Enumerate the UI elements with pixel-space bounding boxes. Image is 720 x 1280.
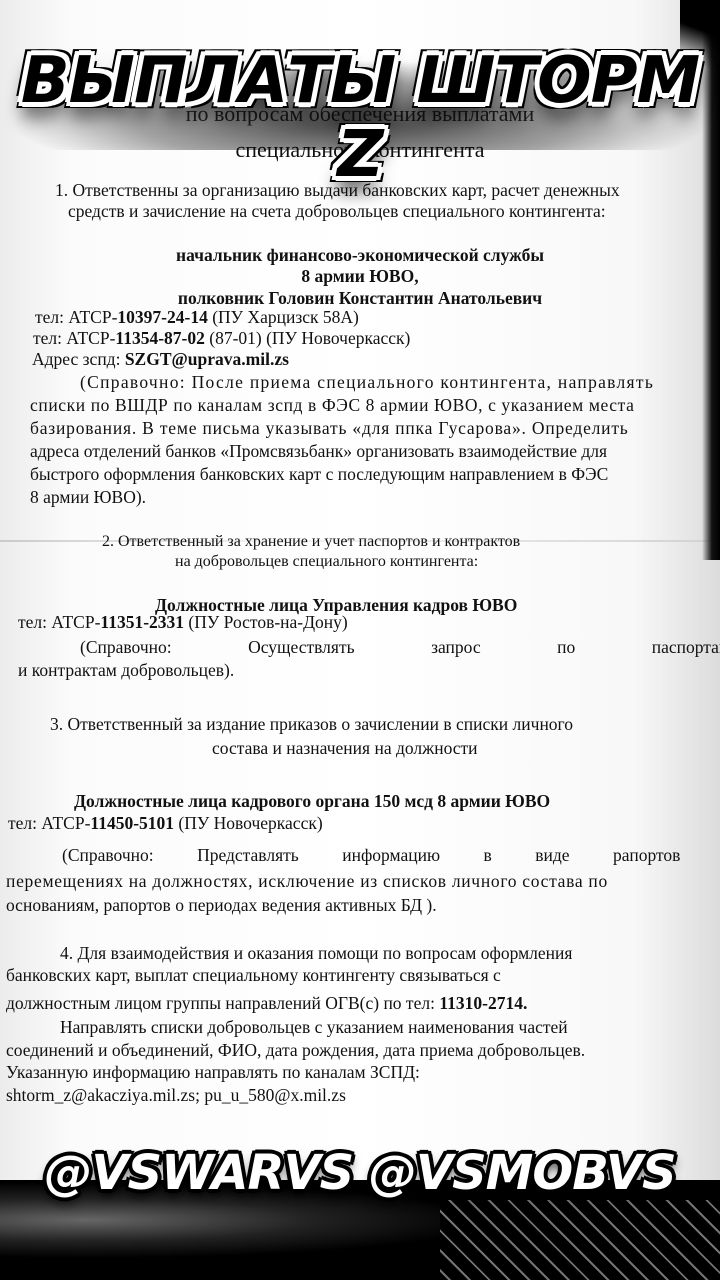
section4-line: Указанную информацию направлять по канал… — [6, 1062, 420, 1082]
phone-label: тел: АТСР- — [8, 813, 90, 833]
section3-note-line2: перемещениях на должностях, исключение и… — [6, 871, 608, 891]
section4-line: 4. Для взаимодействия и оказания помощи … — [60, 943, 572, 963]
phone-number: 10397-24-14 — [117, 307, 207, 327]
section1-official-unit: 8 армии ЮВО, — [0, 266, 720, 286]
section1-note-line: 8 армии ЮВО). — [30, 487, 146, 507]
section2-note-line2: и контрактам добровольцев). — [18, 660, 234, 680]
section4-emails: shtorm_z@akacziya.mil.zs; pu_u_580@x.mil… — [6, 1085, 346, 1105]
section3-note-line1: (Справочно: Представлять информацию в ви… — [62, 845, 720, 865]
note-word: запрос — [431, 637, 481, 657]
phone-note: (ПУ Харцизск 58А) — [208, 307, 359, 327]
email-label: Адрес зспд: — [32, 349, 125, 369]
section4-line: должностным лицом группы направлений ОГВ… — [6, 993, 527, 1013]
section1-phone1: тел: АТСР-10397-24-14 (ПУ Харцизск 58А) — [35, 307, 359, 327]
overlay-title: ВЫПЛАТЫ ШТОРМ Z — [0, 44, 720, 192]
note-word: Осуществлять — [248, 637, 354, 657]
section4-text: должностным лицом группы направлений ОГВ… — [6, 993, 439, 1013]
section1-official-title: начальник финансово-экономической службы — [0, 245, 720, 265]
phone-number: 11354-87-02 — [115, 328, 204, 348]
section4-line: соединений и объединений, ФИО, дата рожд… — [6, 1040, 585, 1060]
note-word: паспортам — [652, 637, 720, 657]
section1-note-line: быстрого оформления банковских карт с по… — [30, 464, 608, 484]
section1-phone2: тел: АТСР-11354-87-02 (87-01) (ПУ Новоче… — [33, 328, 410, 348]
section2-phone: тел: АТСР-11351-2331 (ПУ Ростов-на-Дону) — [18, 612, 348, 632]
phone-note: (87-01) (ПУ Новочеркасск) — [205, 328, 410, 348]
note-word: в — [484, 845, 492, 865]
note-word: рапортов — [613, 845, 680, 865]
phone-number: 11450-5101 — [90, 813, 174, 833]
section3-heading: 3. Ответственный за издание приказов о з… — [50, 714, 573, 734]
section1-note-line: (Справочно: После приема специального ко… — [80, 372, 654, 392]
overlay-channel-handles: @VSWARVS @VSMOBVS — [0, 1145, 720, 1201]
section2-heading: 2. Ответственный за хранение и учет пасп… — [102, 532, 520, 552]
note-word: (Справочно: — [62, 845, 154, 865]
section4-line: банковских карт, выплат специальному кон… — [6, 965, 501, 985]
email-address: SZGT@uprava.mil.zs — [125, 349, 289, 369]
section1-note-line: базирования. В теме письма указывать «дл… — [30, 418, 629, 438]
section3-note-line3: основаниям, рапортов о периодах ведения … — [6, 895, 437, 915]
phone-label: тел: АТСР- — [35, 307, 117, 327]
note-word: информацию — [342, 845, 440, 865]
note-word: (Справочно: — [80, 637, 172, 657]
mesh-texture — [440, 1200, 720, 1280]
section2-heading-2: на добровольцев специального контингента… — [175, 552, 478, 572]
note-word: по — [557, 637, 575, 657]
phone-note: (ПУ Новочеркасск) — [174, 813, 323, 833]
phone-number: 11351-2331 — [100, 612, 184, 632]
section1-email: Адрес зспд: SZGT@uprava.mil.zs — [32, 349, 289, 369]
section1-heading-2: средств и зачисление на счета добровольц… — [68, 201, 606, 221]
section3-heading-2: состава и назначения на должности — [212, 738, 478, 758]
section1-note-line: адреса отделений банков «Промсвязьбанк» … — [30, 441, 607, 461]
phone-label: тел: АТСР- — [33, 328, 115, 348]
phone-note: (ПУ Ростов-на-Дону) — [184, 612, 348, 632]
section2-note-line1: (Справочно: Осуществлять запрос по паспо… — [80, 637, 720, 657]
note-word: виде — [535, 845, 569, 865]
phone-number: 11310-2714. — [439, 993, 527, 1013]
note-word: Представлять — [197, 845, 299, 865]
section4-line: Направлять списки добровольцев с указани… — [60, 1017, 568, 1037]
section3-official: Должностные лица кадрового органа 150 мс… — [74, 791, 550, 811]
section3-phone: тел: АТСР-11450-5101 (ПУ Новочеркасск) — [8, 813, 323, 833]
phone-label: тел: АТСР- — [18, 612, 100, 632]
section1-note-line: списки по ВШДР по каналам зспд в ФЭС 8 а… — [30, 395, 635, 415]
section1-official-name: полковник Головин Константин Анатольевич — [0, 288, 720, 308]
